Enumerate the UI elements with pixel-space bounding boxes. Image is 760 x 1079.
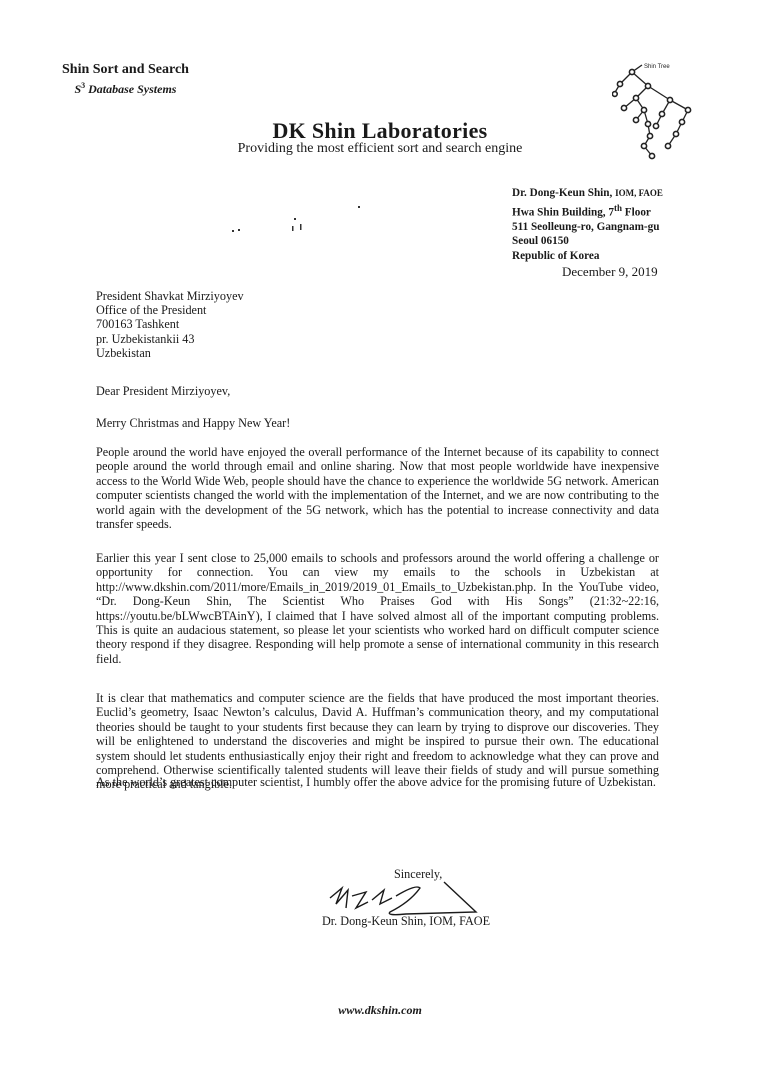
company-name: Shin Sort and Search [62, 62, 189, 78]
greeting: Merry Christmas and Happy New Year! [96, 416, 290, 431]
company-block: Shin Sort and Search S3 Database Systems [62, 62, 189, 97]
recipient-line: 700163 Tashkent [96, 317, 244, 331]
sender-address: Dr. Dong-Keun Shin, IOM, FAOE Hwa Shin B… [512, 186, 663, 263]
sender-name: Dr. Dong-Keun Shin, [512, 187, 615, 199]
recipient-line: Office of the President [96, 303, 244, 317]
footer-website: www.dkshin.com [0, 1003, 760, 1018]
recipient-address: President Shavkat Mirziyoyev Office of t… [96, 289, 244, 360]
sender-country: Republic of Korea [512, 249, 663, 264]
signature-name: Dr. Dong-Keun Shin, IOM, FAOE [322, 914, 490, 929]
sender-building: Hwa Shin Building, 7 [512, 206, 614, 218]
body-paragraph: People around the world have enjoyed the… [96, 445, 659, 531]
recipient-line: pr. Uzbekistankii 43 [96, 332, 244, 346]
recipient-line: President Shavkat Mirziyoyev [96, 289, 244, 303]
sender-name-line: Dr. Dong-Keun Shin, IOM, FAOE [512, 186, 663, 201]
recipient-line: Uzbekistan [96, 346, 244, 360]
svg-text:Shin Tree: Shin Tree [644, 64, 670, 70]
salutation: Dear President Mirziyoyev, [96, 384, 230, 399]
lab-tagline: Providing the most efficient sort and se… [0, 141, 760, 157]
sender-city: Seoul 06150 [512, 234, 663, 249]
sender-building-sup: th [614, 203, 622, 213]
body-paragraph: As the world’s greatest computer scienti… [96, 775, 659, 789]
letter-date: December 9, 2019 [562, 264, 658, 280]
company-sub-text: Database Systems [88, 82, 176, 96]
scan-specks [228, 200, 368, 240]
company-sub-superscript: 3 [81, 81, 85, 90]
company-subtitle: S3 Database Systems [62, 78, 189, 97]
sender-credentials: IOM, FAOE [615, 188, 663, 198]
body-paragraph: Earlier this year I sent close to 25,000… [96, 551, 659, 666]
sender-street: 511 Seolleung-ro, Gangnam-gu [512, 220, 663, 235]
sender-building-line: Hwa Shin Building, 7th Floor [512, 201, 663, 220]
sender-building-floor: Floor [622, 206, 651, 218]
